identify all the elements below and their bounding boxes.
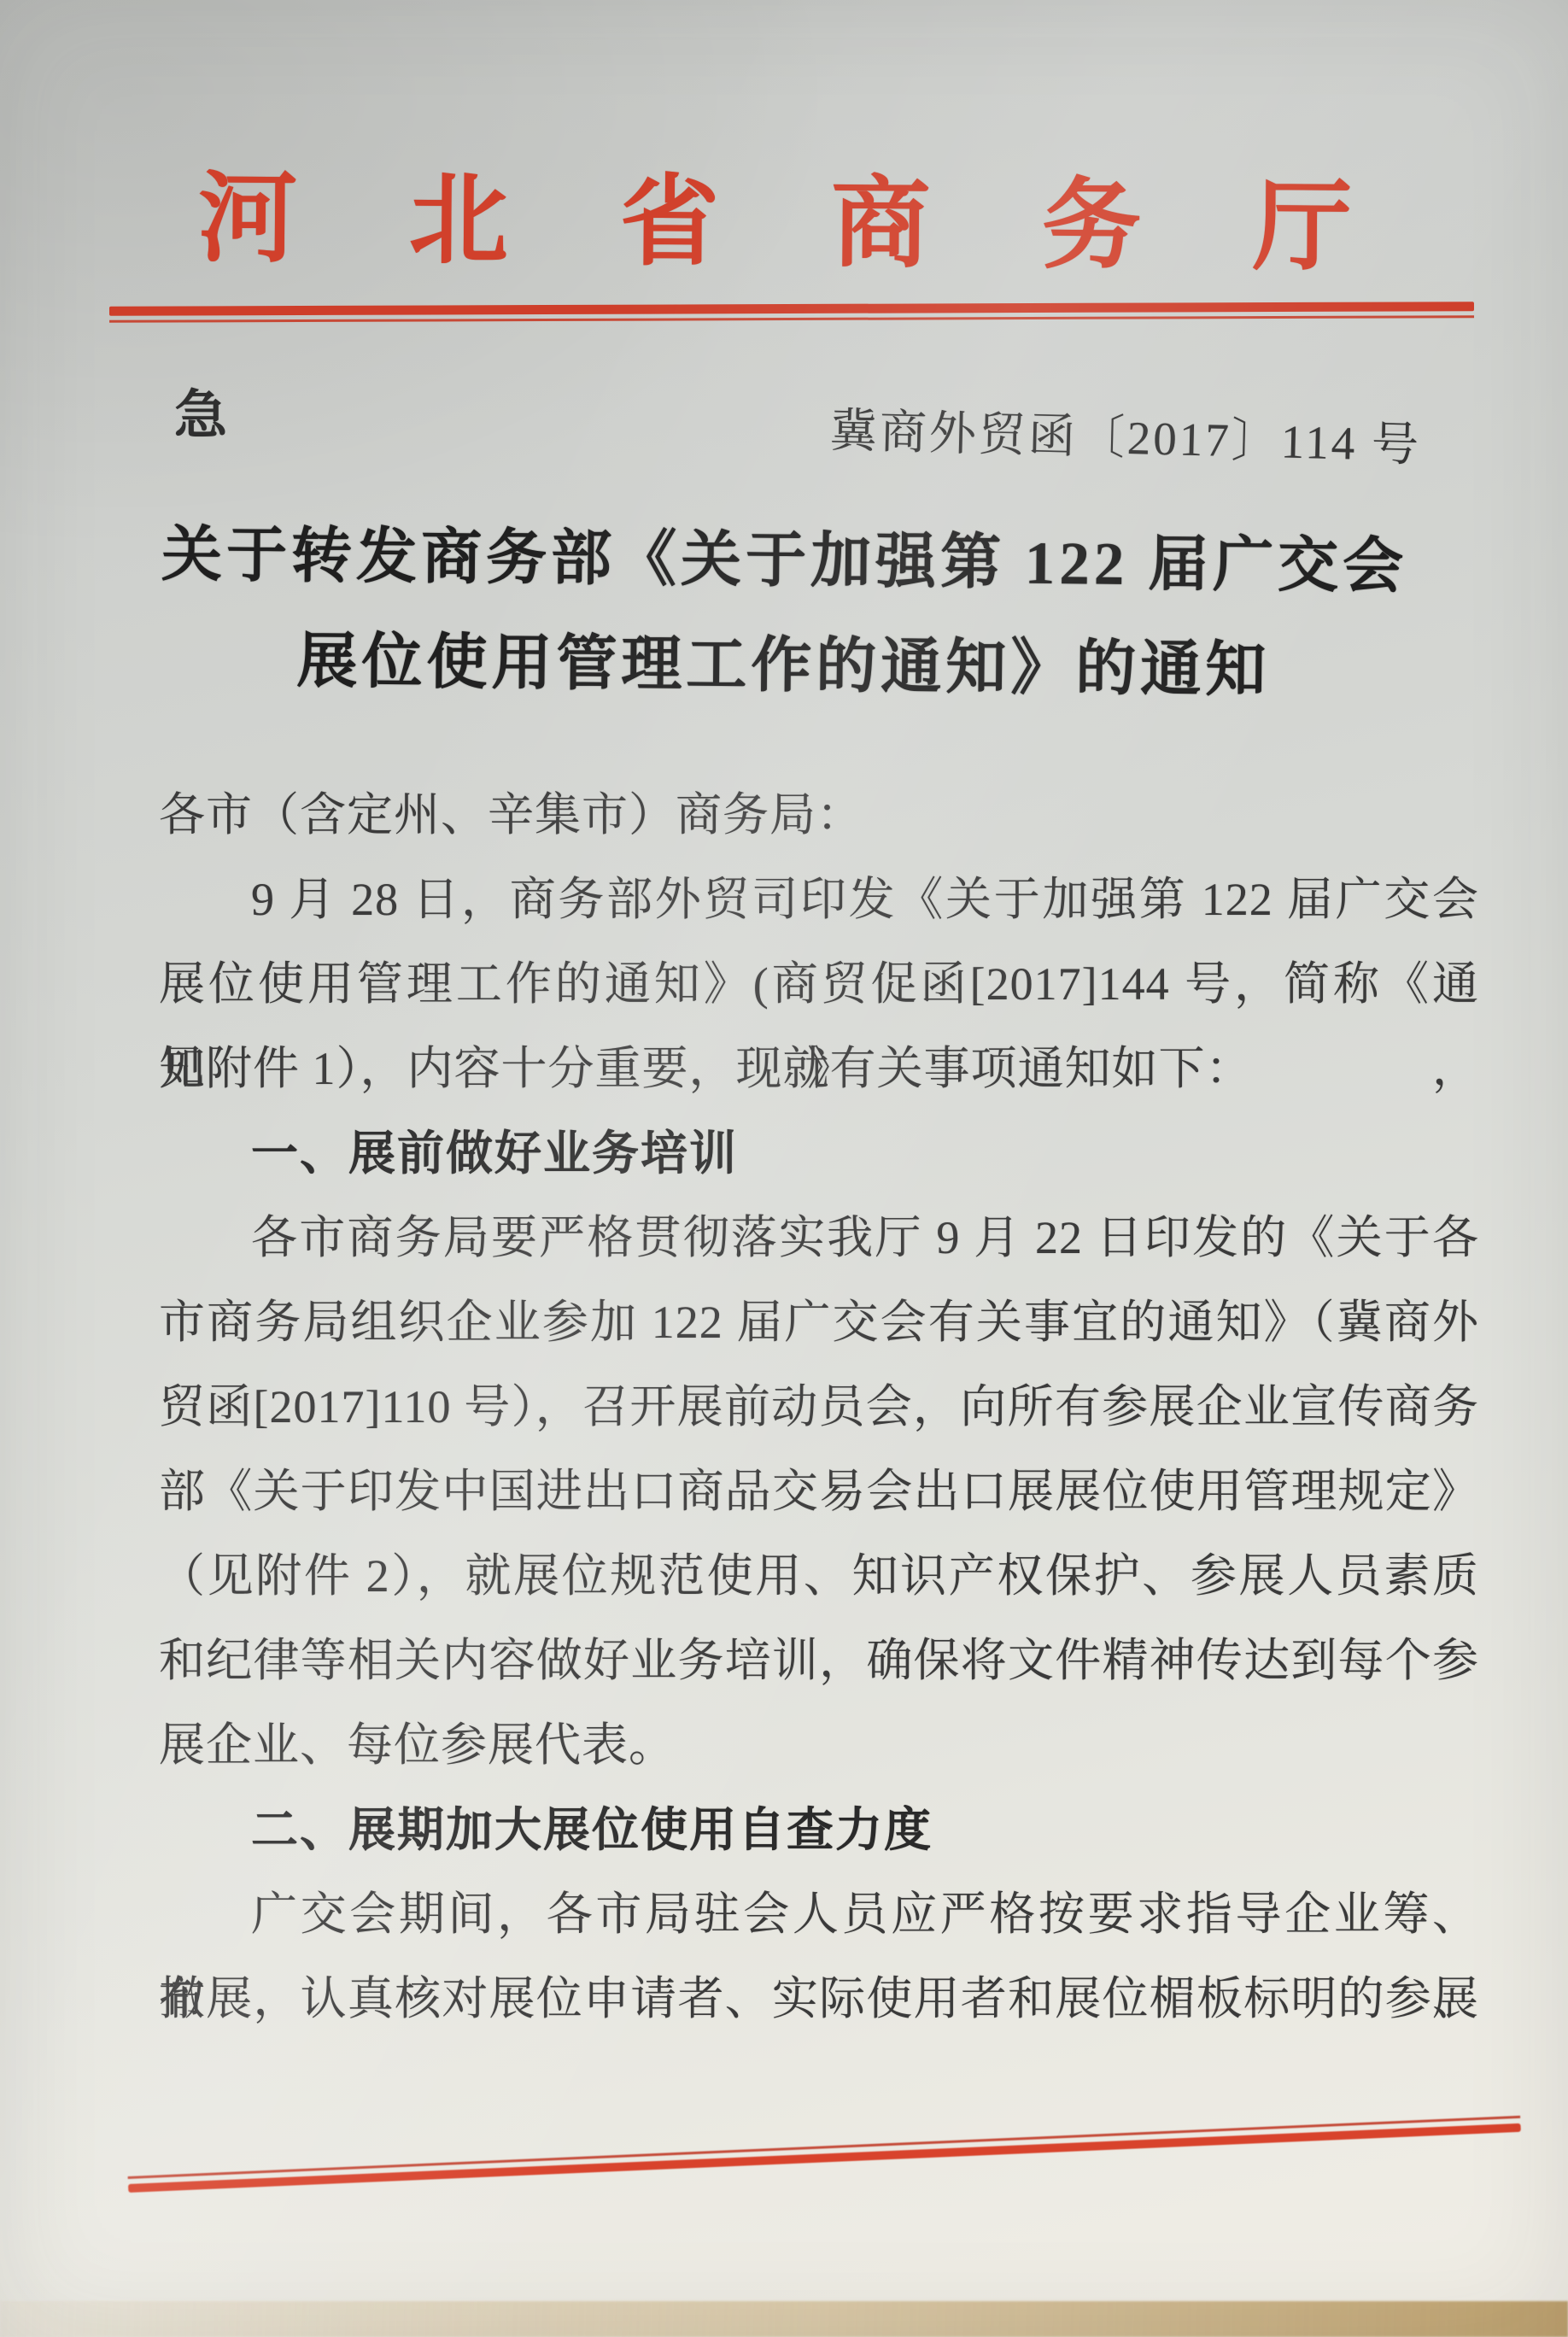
body-line: 贸函[2017]110 号），召开展前动员会，向所有参展企业宣传商务 bbox=[159, 1365, 1479, 1450]
urgency-label: 急 bbox=[174, 372, 227, 448]
body-line: 广交会期间，各市局驻会人员应严格按要求指导企业筹、布、 bbox=[159, 1872, 1479, 1957]
table-surface-edge bbox=[0, 2301, 1568, 2337]
body-line: （见附件 2），就展位规范使用、知识产权保护、参展人员素质 bbox=[159, 1534, 1479, 1619]
letterhead-agency-name: 河北省商务厅 bbox=[198, 168, 1465, 281]
section-heading-2: 二、展期加大展位使用自查力度 bbox=[159, 1788, 1479, 1872]
photographed-official-document: 河北省商务厅 急 冀商外贸函〔2017〕114 号 关于转发商务部《关于加强第 … bbox=[0, 0, 1568, 2337]
body-line: 和纪律等相关内容做好业务培训，确保将文件精神传达到每个参 bbox=[159, 1619, 1479, 1703]
body-line: 部《关于印发中国进出口商品交易会出口展展位使用管理规定》 bbox=[159, 1450, 1479, 1534]
document-number: 冀商外贸函〔2017〕114 号 bbox=[829, 393, 1422, 475]
letterhead-divider-rule bbox=[109, 302, 1474, 323]
body-line: 市商务局组织企业参加 122 届广交会有关事宜的通知》（冀商外 bbox=[159, 1280, 1479, 1365]
body-line-salutation: 各市（含定州、辛集市）商务局： bbox=[159, 773, 1479, 858]
body-line: 各市商务局要严格贯彻落实我厅 9 月 22 日印发的《关于各 bbox=[159, 1196, 1479, 1280]
body-line: 9 月 28 日，商务部外贸司印发《关于加强第 122 届广交会 bbox=[159, 858, 1479, 942]
document-title-line-2: 展位使用管理工作的通知》的通知 bbox=[0, 606, 1568, 727]
footer-thick-line bbox=[128, 2123, 1521, 2193]
document-title-line-1: 关于转发商务部《关于加强第 122 届广交会 bbox=[0, 501, 1568, 622]
section-heading-1: 一、展前做好业务培训 bbox=[159, 1111, 1479, 1196]
body-line: 展企业、每位参展代表。 bbox=[159, 1703, 1479, 1788]
body-line: 撤展，认真核对展位申请者、实际使用者和展位楣板标明的参展 bbox=[159, 1957, 1479, 2041]
document-body: 各市（含定州、辛集市）商务局： 9 月 28 日，商务部外贸司印发《关于加强第 … bbox=[159, 773, 1479, 2041]
footer-divider-rule bbox=[128, 2116, 1521, 2193]
body-line: 展位使用管理工作的通知》(商贸促函[2017]144 号，简称《通知》， bbox=[159, 942, 1479, 1027]
document-title: 关于转发商务部《关于加强第 122 届广交会 展位使用管理工作的通知》的通知 bbox=[0, 501, 1568, 727]
